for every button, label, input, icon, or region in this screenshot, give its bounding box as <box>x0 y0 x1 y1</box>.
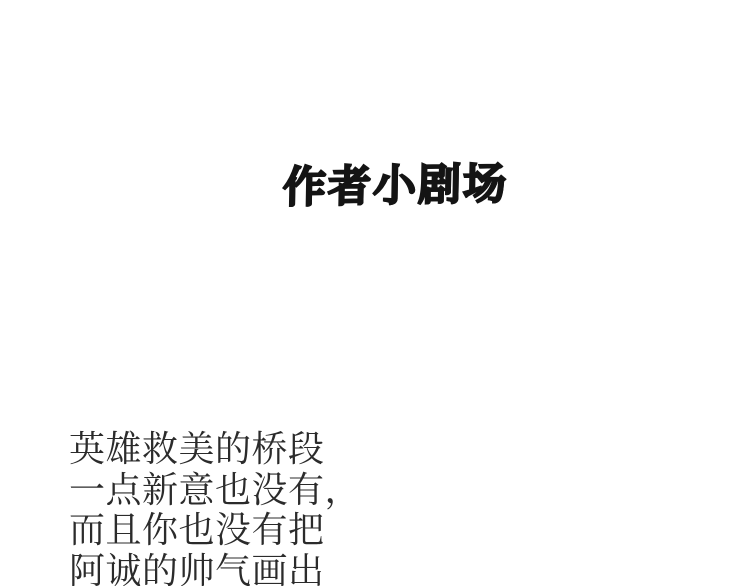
caption-block: 英雄救美的桥段 一点新意也没有， 而且你也没有把 阿诚的帅气画出 <box>69 430 361 586</box>
caption-line: 一点新意也没有， <box>69 471 361 512</box>
caption-line: 阿诚的帅气画出 <box>69 552 361 586</box>
caption-line: 英雄救美的桥段 <box>69 430 361 471</box>
caption-line: 而且你也没有把 <box>69 511 361 552</box>
author-theater-title: 作者小剧场 <box>283 158 524 214</box>
comic-page: 作者小剧场 英雄救美的桥段 一点新意也没有， 而且你也没有把 阿诚的帅气画出 <box>0 0 750 586</box>
